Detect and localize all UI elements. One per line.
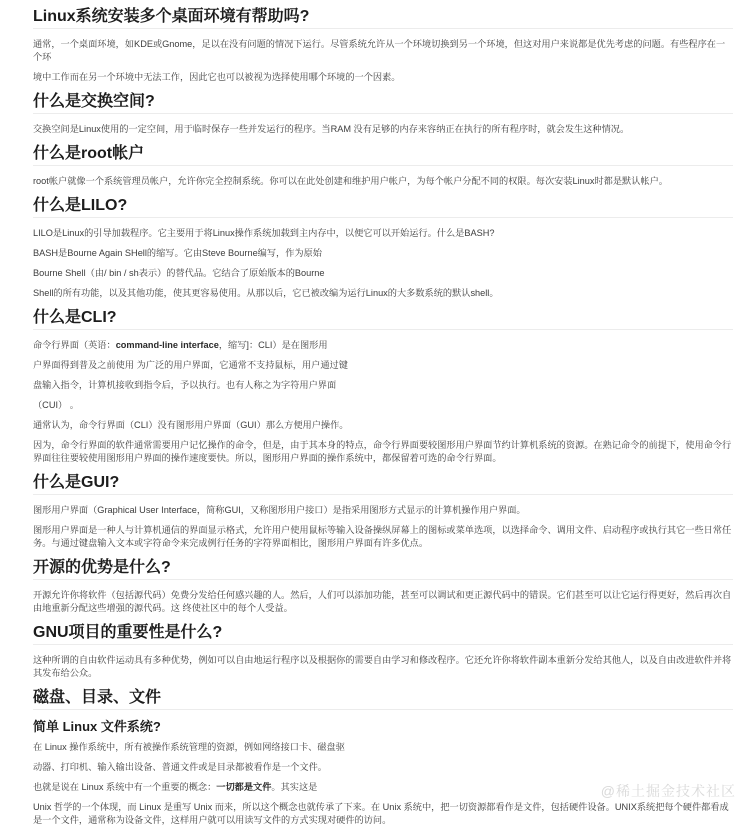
section-heading: 磁盘、目录、文件	[33, 689, 733, 710]
article-blocks: Linux系统安装多个桌面环境有帮助吗?通常，一个桌面环境，如KDE或Gnome…	[33, 8, 733, 825]
paragraph: （CUI） 。	[33, 399, 733, 412]
paragraph: 这种所谓的自由软件运动具有多种优势，例如可以自由地运行程序以及根据你的需要自由学…	[33, 654, 733, 680]
site-watermark: @稀土掘金技术社区	[601, 781, 736, 801]
paragraph: 因为，命令行界面的软件通常需要用户记忆操作的命令，但是，由于其本身的特点，命令行…	[33, 439, 733, 465]
bold-text: command-line interface	[116, 340, 219, 350]
section-heading: 什么是交换空间?	[33, 93, 733, 114]
section-heading: 开源的优势是什么?	[33, 559, 733, 580]
text-run: 。其实这是	[271, 782, 317, 792]
section-heading: 什么是LILO?	[33, 197, 733, 218]
paragraph: Unix 哲学的一个体现，而 Linux 是重写 Unix 而来，所以这个概念也…	[33, 801, 733, 825]
paragraph: 在 Linux 操作系统中，所有被操作系统管理的资源，例如网络接口卡、磁盘驱	[33, 741, 733, 754]
text-run: 命令行界面（英语：	[33, 340, 116, 350]
paragraph: 户界面得到普及之前使用 为广泛的用户界面，它通常不支持鼠标，用户通过键	[33, 359, 733, 372]
section-heading: 什么是GUI?	[33, 474, 733, 495]
article-content: Linux系统安装多个桌面环境有帮助吗?通常，一个桌面环境，如KDE或Gnome…	[0, 0, 755, 825]
paragraph: root帐户就像一个系统管理员帐户，允许你完全控制系统。你可以在此处创建和维护用…	[33, 175, 733, 188]
text-run: ，缩写]：CLI）是在图形用	[219, 340, 328, 350]
section-heading: 什么是CLI?	[33, 309, 733, 330]
subsection-heading: 简单 Linux 文件系统?	[33, 719, 733, 734]
paragraph: Bourne Shell（由/ bin / sh表示）的替代品。它结合了原始版本…	[33, 267, 733, 280]
paragraph: BASH是Bourne Again SHell的缩写。它由Steve Bourn…	[33, 247, 733, 260]
text-run: 也就是说在 Linux 系统中有一个重要的概念：	[33, 782, 216, 792]
paragraph: Shell的所有功能，以及其他功能，使其更容易使用。从那以后，它已被改编为运行L…	[33, 287, 733, 300]
paragraph: 交换空间是Linux使用的一定空间，用于临时保存一些并发运行的程序。当RAM 没…	[33, 123, 733, 136]
bold-text: 一切都是文件	[216, 782, 271, 792]
paragraph: LILO是Linux的引导加载程序。它主要用于将Linux操作系统加载到主内存中…	[33, 227, 733, 240]
paragraph: 开源允许你将软件（包括源代码）免费分发给任何感兴趣的人。然后，人们可以添加功能，…	[33, 589, 733, 615]
paragraph: 通常，一个桌面环境，如KDE或Gnome，足以在没有问题的情况下运行。尽管系统允…	[33, 38, 733, 64]
paragraph: 盘输入指令，计算机接收到指令后，予以执行。也有人称之为字符用户界面	[33, 379, 733, 392]
paragraph: 命令行界面（英语：command-line interface，缩写]：CLI）…	[33, 339, 733, 352]
paragraph: 图形用户界面是一种人与计算机通信的界面显示格式，允许用户使用鼠标等输入设备操纵屏…	[33, 524, 733, 550]
section-heading: Linux系统安装多个桌面环境有帮助吗?	[33, 8, 733, 29]
section-heading: GNU项目的重要性是什么?	[33, 624, 733, 645]
paragraph: 通常认为，命令行界面（CLI）没有图形用户界面（GUI）那么方便用户操作。	[33, 419, 733, 432]
paragraph: 境中工作而在另一个环境中无法工作，因此它也可以被视为选择使用哪个环境的一个因素。	[33, 71, 733, 84]
section-heading: 什么是root帐户	[33, 145, 733, 166]
paragraph: 动器、打印机、输入输出设备、普通文件或是目录都被看作是一个文件。	[33, 761, 733, 774]
paragraph: 图形用户界面（Graphical User Interface，简称GUI，又称…	[33, 504, 733, 517]
